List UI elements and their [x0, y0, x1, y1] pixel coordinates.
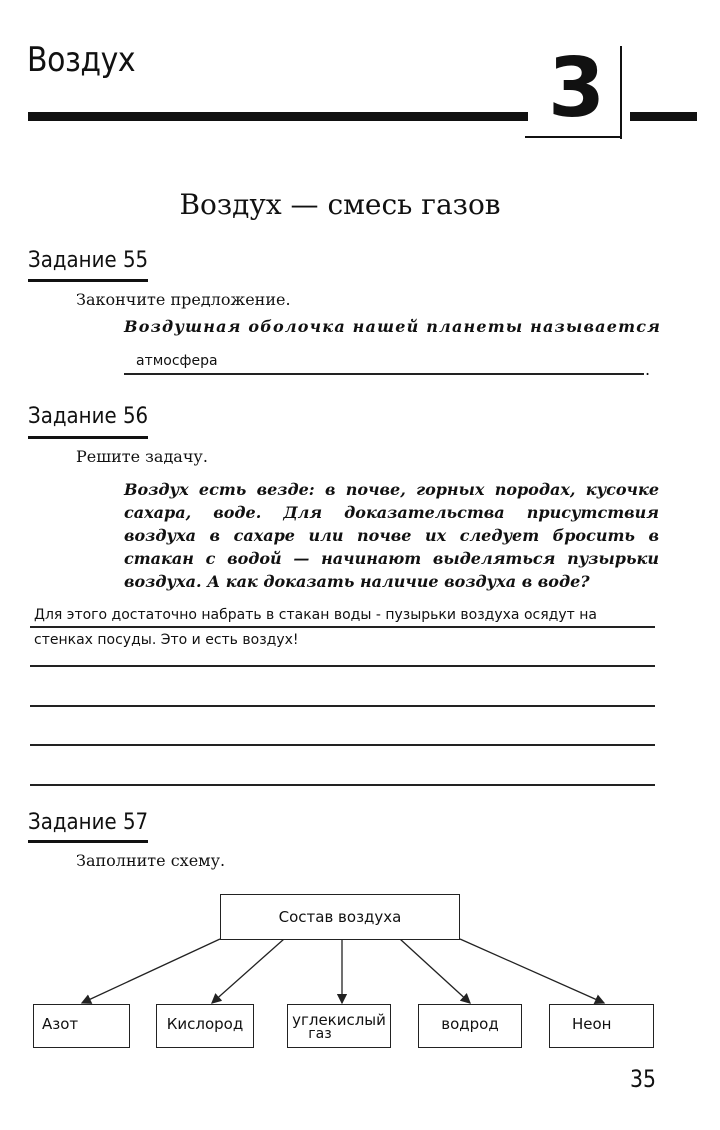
- diagram-child-box[interactable]: Азот: [33, 1004, 130, 1048]
- chapter-rule-right: [630, 112, 697, 121]
- chapter-number-frame-bottom: [525, 136, 622, 138]
- task-57-rule: [28, 840, 148, 843]
- chapter-title: Воздух: [27, 40, 135, 80]
- prompt-line: стакан с водой — начинают выделяться пуз…: [124, 547, 659, 570]
- diagram-child-label: Азот: [42, 1015, 78, 1033]
- answer-line: [30, 744, 655, 746]
- diagram-root-label: Состав воздуха: [279, 908, 402, 926]
- task-56-answer-line-1[interactable]: Для этого достаточно набрать в стакан во…: [34, 607, 597, 623]
- page-number: 35: [630, 1065, 656, 1093]
- task-56-heading: Задание 56: [28, 404, 148, 429]
- diagram-child-label: углекислый: [292, 1013, 386, 1027]
- diagram-child-label-2: газ: [308, 1027, 331, 1041]
- task-56-rule: [28, 436, 148, 439]
- prompt-line: воздуха в сахаре или почве их следует бр…: [124, 524, 659, 547]
- section-title: Воздух — смесь газов: [0, 188, 680, 221]
- prompt-line: Воздух есть везде: в почве, горных пород…: [124, 478, 659, 501]
- diagram-child-label: Кислород: [167, 1015, 243, 1033]
- task-57-heading: Задание 57: [28, 810, 148, 835]
- chapter-rule: [28, 112, 528, 121]
- diagram-child-label: водрод: [441, 1015, 498, 1033]
- task-55-prompt: Воздушная оболочка нашей планеты называе…: [124, 315, 661, 338]
- task-55-instruction: Закончите предложение.: [76, 290, 291, 309]
- task-55-rule: [28, 279, 148, 282]
- task-56-answer-line-2[interactable]: стенках посуды. Это и есть воздух!: [34, 632, 299, 648]
- diagram-child-label: Неон: [572, 1015, 612, 1033]
- answer-line: [30, 784, 655, 786]
- answer-line: [30, 626, 655, 628]
- diagram-child-box[interactable]: водрод: [418, 1004, 522, 1048]
- answer-line: [30, 665, 655, 667]
- task-56-prompt: Воздух есть везде: в почве, горных пород…: [124, 478, 659, 593]
- diagram-root-box: Состав воздуха: [220, 894, 460, 940]
- diagram-child-box[interactable]: Неон: [549, 1004, 654, 1048]
- air-composition-diagram: Состав воздуха Азот Кислород углекислый …: [0, 880, 720, 1060]
- diagram-child-box[interactable]: Кислород: [156, 1004, 254, 1048]
- task-55-answer-line: [124, 373, 644, 375]
- task-56-instruction: Решите задачу.: [76, 447, 208, 466]
- task-55-answer[interactable]: атмосфера: [136, 353, 218, 369]
- task-55-heading: Задание 55: [28, 248, 148, 273]
- prompt-line: воздуха. А как доказать наличие воздуха …: [124, 570, 659, 593]
- prompt-line: сахара, воде. Для доказательства присутс…: [124, 501, 659, 524]
- task-57-instruction: Заполните схему.: [76, 851, 225, 870]
- chapter-number: 3: [548, 48, 605, 130]
- chapter-number-frame: [620, 46, 622, 139]
- answer-line: [30, 705, 655, 707]
- diagram-child-box[interactable]: углекислый газ: [287, 1004, 391, 1048]
- task-55-period: .: [645, 360, 650, 379]
